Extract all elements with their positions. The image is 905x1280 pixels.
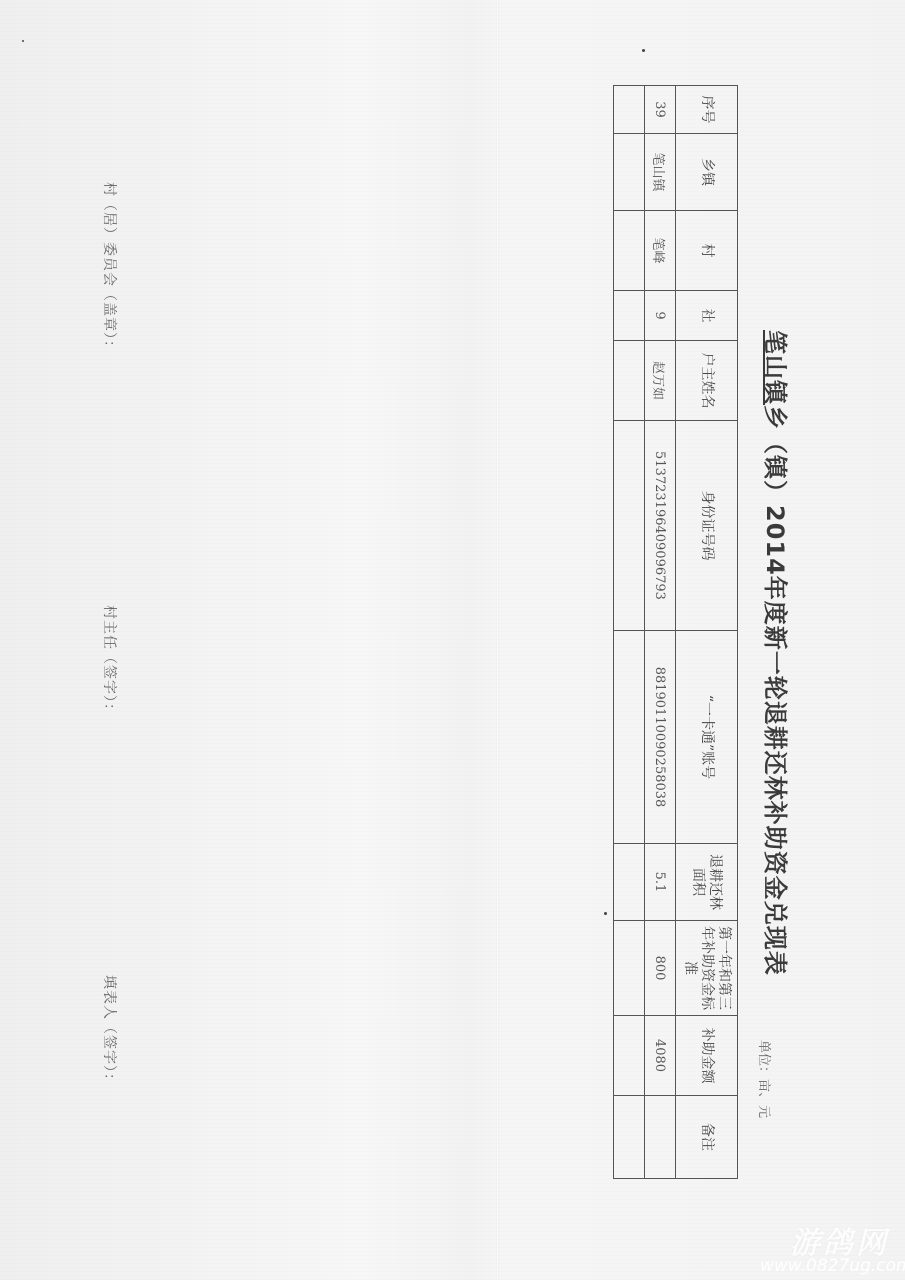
committee-seal-label: 村（居）委员会（盖章）：	[100, 182, 120, 355]
header-householder: 户主姓名	[676, 341, 738, 421]
header-index: 序号	[676, 86, 738, 134]
header-township: 乡镇	[676, 134, 738, 211]
cell-standard: 800	[645, 921, 676, 1016]
cell-id-number: 513723196409096793	[645, 421, 676, 631]
preparer-signature-label: 填表人（签字）：	[100, 975, 120, 1088]
scan-speck	[604, 912, 607, 915]
cell-township: 笔山镇	[645, 134, 676, 211]
scan-speck	[22, 40, 24, 42]
rotated-document-page: 笔山镇乡（镇）2014年度新一轮退耕还林补助资金兑现表 单位：亩、元 序号 乡镇…	[0, 0, 905, 1280]
header-remarks: 备注	[676, 1096, 738, 1179]
header-village: 村	[676, 211, 738, 291]
cell-index	[614, 86, 645, 134]
cell-township	[614, 134, 645, 211]
cell-index: 39	[645, 86, 676, 134]
header-amount: 补助金额	[676, 1016, 738, 1096]
title-township: 笔山镇	[761, 330, 789, 405]
cell-group	[614, 291, 645, 341]
cell-amount: 4080	[645, 1016, 676, 1096]
cell-id-number	[614, 421, 645, 631]
title-rest: 乡（镇）2014年度新一轮退耕还林补助资金兑现表	[761, 405, 789, 976]
table-header-row: 序号 乡镇 村 社 户主姓名 身份证号码 “一卡通”账号 退耕还林面积 第一年和…	[676, 86, 738, 1179]
unit-label: 单位：亩、元	[756, 1040, 775, 1118]
cell-householder	[614, 341, 645, 421]
header-card-account: “一卡通”账号	[676, 631, 738, 844]
table-row: 39 笔山镇 笔峰 9 赵万如 513723196409096793 88190…	[645, 86, 676, 1179]
cell-area: 5.1	[645, 844, 676, 921]
header-standard: 第一年和第三年补助资金标准	[676, 921, 738, 1016]
cell-card-account: 88190110090258038	[645, 631, 676, 844]
cell-standard	[614, 921, 645, 1016]
cell-householder: 赵万如	[645, 341, 676, 421]
cell-remarks	[614, 1096, 645, 1179]
header-group: 社	[676, 291, 738, 341]
header-id-number: 身份证号码	[676, 421, 738, 631]
cell-remarks	[645, 1096, 676, 1179]
cell-area	[614, 844, 645, 921]
table-row	[614, 86, 645, 1179]
document-title: 笔山镇乡（镇）2014年度新一轮退耕还林补助资金兑现表	[760, 330, 795, 976]
header-area: 退耕还林面积	[676, 844, 738, 921]
cell-village: 笔峰	[645, 211, 676, 291]
director-signature-label: 村主任（签字）：	[100, 605, 120, 718]
cell-card-account	[614, 631, 645, 844]
cell-amount	[614, 1016, 645, 1096]
scan-speck	[642, 49, 645, 52]
cell-village	[614, 211, 645, 291]
subsidy-table: 序号 乡镇 村 社 户主姓名 身份证号码 “一卡通”账号 退耕还林面积 第一年和…	[613, 85, 738, 1179]
cell-group: 9	[645, 291, 676, 341]
